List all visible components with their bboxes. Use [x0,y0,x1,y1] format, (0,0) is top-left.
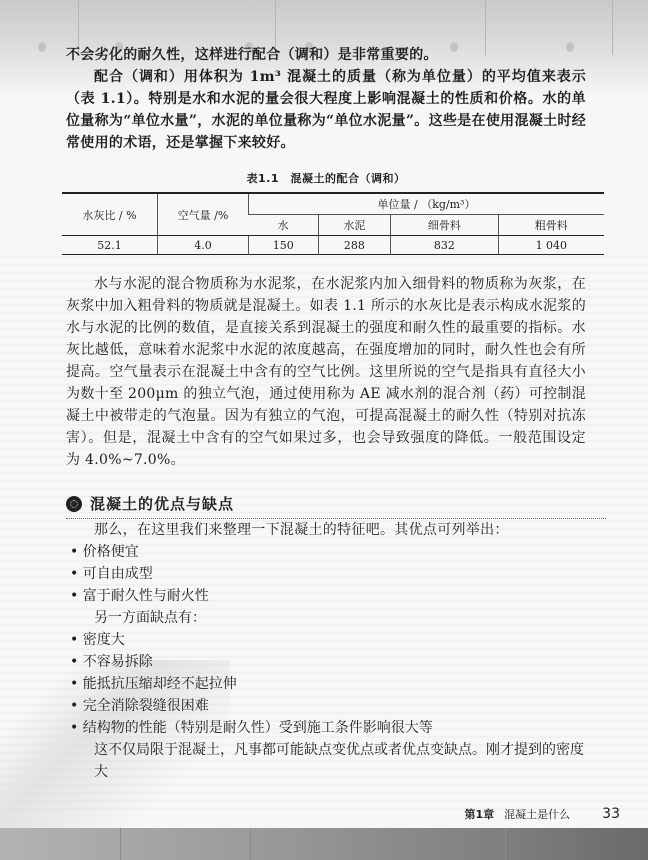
list-item: 完全消除裂缝很困难 [70,695,586,717]
closing-line: 这不仅局限于混凝土，凡事都可能缺点变优点或者优点变缺点。刚才提到的密度大 [66,739,586,783]
list-item: 能抵抗压缩却经不起拉伸 [70,673,586,695]
list-item: 富于耐久性与耐火性 [70,585,586,607]
page-content: 不会劣化的耐久性，这样进行配合（调和）是非常重要的。 配合（调和）用体积为 1m… [66,44,586,783]
paragraph-cement-paste: 水与水泥的混合物质称为水泥浆，在水泥浆内加入细骨料的物质称为灰浆，在灰浆中加入粗… [66,273,586,471]
list-item: 价格便宜 [70,541,586,563]
page-footer: 第1章 混凝土是什么 33 [465,806,620,822]
cell-water: 150 [249,236,319,255]
header-fine-aggregate: 细骨料 [391,215,498,236]
section-bullet-icon [66,496,82,512]
table-caption: 表1.1 混凝土的配合（调和） [66,170,586,186]
header-water: 水 [249,215,319,236]
section-heading: 混凝土的优点与缺点 [66,493,606,519]
header-coarse-aggregate: 粗骨料 [498,215,604,236]
cell-cement: 288 [318,236,391,255]
disadvantages-intro: 另一方面缺点有： [66,607,586,629]
page-number: 33 [602,806,620,822]
cell-water-cement-ratio: 52.1 [62,236,158,255]
chapter-title: 混凝土是什么 [504,806,570,822]
advantages-list: 价格便宜 可自由成型 富于耐久性与耐火性 [66,541,586,607]
table-row: 52.1 4.0 150 288 832 1 040 [62,236,604,255]
header-air-content: 空气量 /% [158,193,249,236]
paragraph-continuation: 不会劣化的耐久性，这样进行配合（调和）是非常重要的。 [66,44,586,66]
paragraph-mix-definition: 配合（调和）用体积为 1m³ 混凝土的质量（称为单位量）的平均值来表示（表 1.… [66,66,586,154]
list-item: 不容易拆除 [70,651,586,673]
chapter-label: 第1章 [465,806,495,822]
cell-coarse-aggregate: 1 040 [498,236,604,255]
cell-fine-aggregate: 832 [391,236,498,255]
list-item: 结构物的性能（特别是耐久性）受到施工条件影响很大等 [70,717,586,739]
page-footer-decoration [0,828,648,860]
section-title: 混凝土的优点与缺点 [90,493,234,514]
header-unit-quantity: 单位量 / （kg/m³） [249,193,605,215]
mix-proportion-table: 水灰比 / % 空气量 /% 单位量 / （kg/m³） 水 水泥 细骨料 粗骨… [62,192,604,255]
header-water-cement-ratio: 水灰比 / % [62,193,158,236]
header-cement: 水泥 [318,215,391,236]
cell-air-content: 4.0 [158,236,249,255]
list-item: 可自由成型 [70,563,586,585]
advantages-intro: 那么，在这里我们来整理一下混凝土的特征吧。其优点可列举出： [66,519,586,541]
list-item: 密度大 [70,629,586,651]
disadvantages-list: 密度大 不容易拆除 能抵抗压缩却经不起拉伸 完全消除裂缝很困难 结构物的性能（特… [66,629,586,739]
